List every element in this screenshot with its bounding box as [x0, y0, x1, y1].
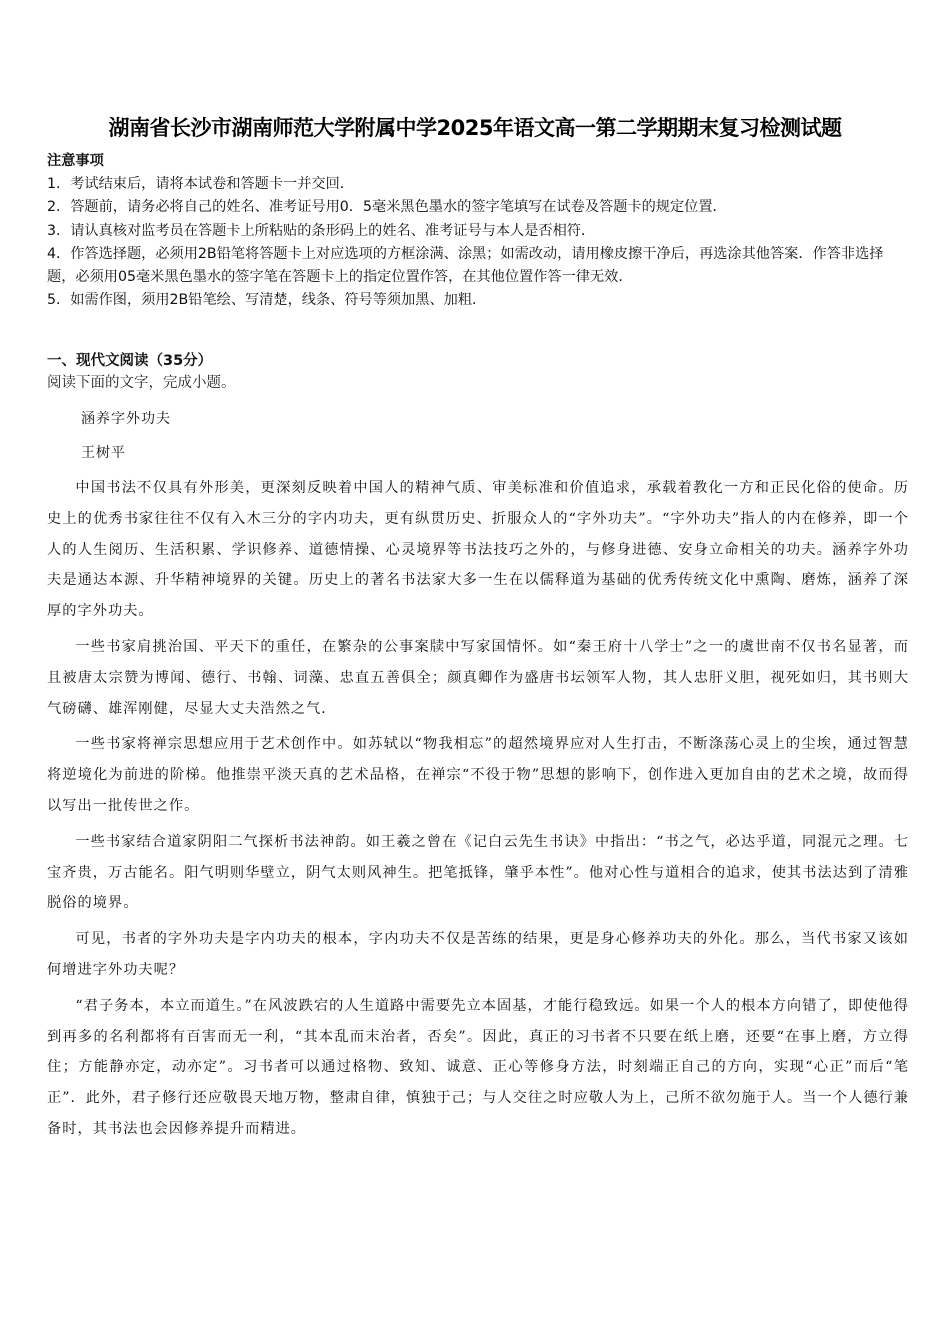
essay-paragraph: “君子务本，本立而道生。”在风波跌宕的人生道路中需要先立本固基，才能行稳致远。如…	[47, 991, 909, 1145]
essay-paragraph: 一些书家将禅宗思想应用于艺术创作中。如苏轼以“物我相忘”的超然境界应对人生打击，…	[47, 729, 909, 821]
document-page: 湖南省长沙市湖南师范大学附属中学2025年语文高一第二学期期末复习检测试题 注意…	[0, 0, 950, 1344]
essay-paragraph: 一些书家结合道家阴阳二气探析书法神韵。如王羲之曾在《记白云先生书诀》中指出：“书…	[47, 827, 909, 919]
reading-section: 一、现代文阅读（35分） 阅读下面的文字，完成小题。	[47, 350, 907, 394]
essay-author: 王树平	[81, 442, 126, 462]
notice-block: 注意事项 1．考试结束后，请将本试卷和答题卡一并交回． 2．答题前，请务必将自己…	[47, 150, 907, 312]
notice-item: 4．作答选择题，必须用2B铅笔将答题卡上对应选项的方框涂满、涂黑；如需改动，请用…	[47, 243, 907, 289]
essay-title: 涵养字外功夫	[81, 408, 171, 428]
notice-item: 1．考试结束后，请将本试卷和答题卡一并交回．	[47, 173, 907, 196]
notice-item: 3．请认真核对监考员在答题卡上所粘贴的条形码上的姓名、准考证号与本人是否相符．	[47, 220, 907, 243]
essay-paragraph: 可见，书者的字外功夫是字内功夫的根本，字内功夫不仅是苦练的结果，更是身心修养功夫…	[47, 924, 909, 986]
essay-paragraph: 中国书法不仅具有外形美，更深刻反映着中国人的精神气质、审美标准和价值追求，承载着…	[47, 473, 909, 627]
document-title: 湖南省长沙市湖南师范大学附属中学2025年语文高一第二学期期末复习检测试题	[0, 112, 950, 142]
notice-item: 2．答题前，请务必将自己的姓名、准考证号用0．5毫米黑色墨水的签字笔填写在试卷及…	[47, 196, 907, 219]
section-title: 一、现代文阅读（35分）	[47, 350, 907, 372]
notice-heading: 注意事项	[47, 150, 907, 173]
essay-body: 中国书法不仅具有外形美，更深刻反映着中国人的精神气质、审美标准和价值追求，承载着…	[47, 473, 909, 1150]
section-instruction: 阅读下面的文字，完成小题。	[47, 372, 907, 394]
notice-item: 5．如需作图，须用2B铅笔绘、写清楚，线条、符号等须加黑、加粗．	[47, 289, 907, 312]
essay-paragraph: 一些书家肩挑治国、平天下的重任，在繁杂的公事案牍中写家国情怀。如“秦王府十八学士…	[47, 632, 909, 724]
